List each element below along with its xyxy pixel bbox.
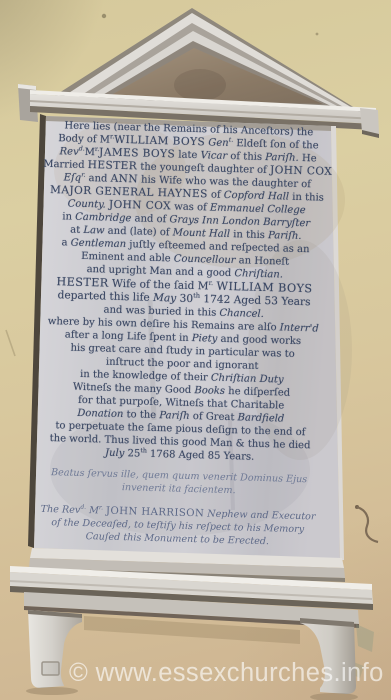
watermark: © www.essexchurches.info xyxy=(69,659,384,688)
photo-church-wall-memorial: Here lies (near the Remains of his Anceſ… xyxy=(0,0,391,700)
inscription: Here lies (near the Remains of his Anceſ… xyxy=(30,119,336,550)
wall-wire-hook xyxy=(355,505,378,542)
